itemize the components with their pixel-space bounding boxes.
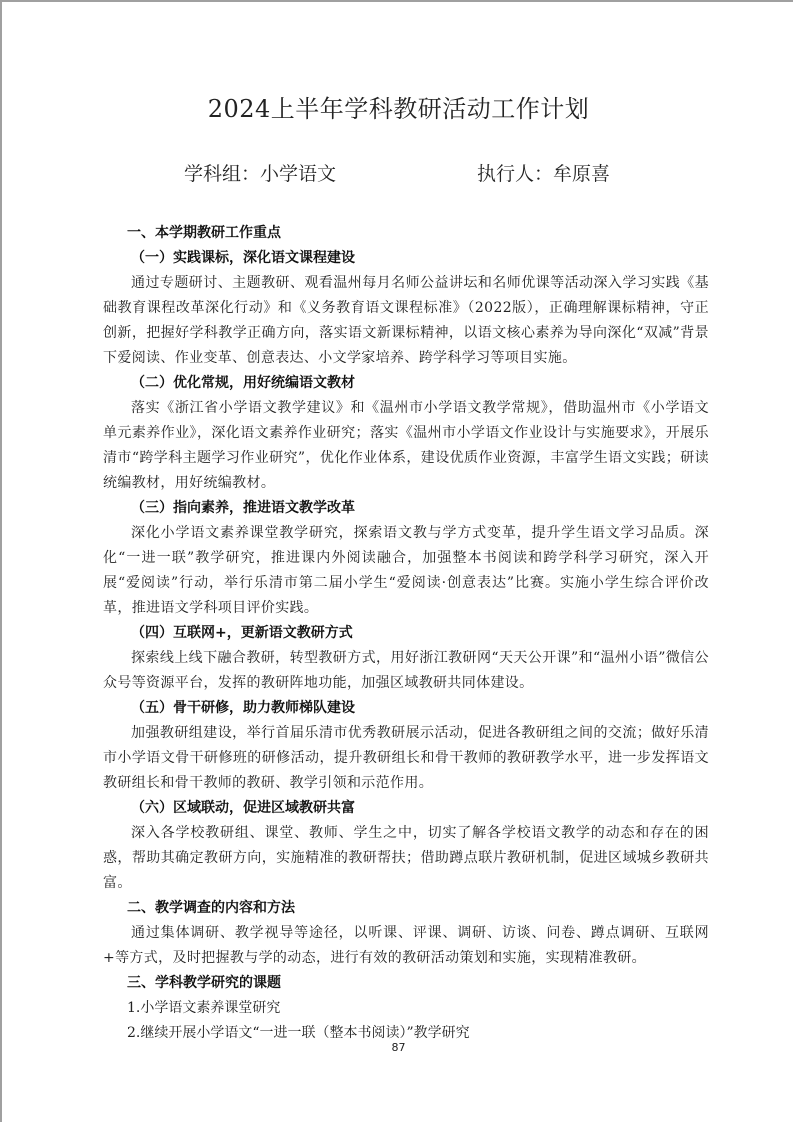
subject-group: 学科组：小学语文	[184, 160, 336, 188]
subsection-paragraph: 落实《浙江省小学语文教学建议》和《温州市小学语文教学常规》，借助温州市《小学语文…	[103, 396, 709, 496]
subsection-paragraph: 探索线上线下融合教研，转型教研方式，用好浙江教研网“天天公开课”和“温州小语”微…	[103, 646, 709, 696]
section-heading-3: 三、学科教学研究的课题	[103, 971, 709, 996]
executor: 执行人：牟原喜	[477, 160, 610, 188]
subsection-heading: （六）区域联动，促进区域教研共富	[103, 796, 709, 821]
subsection-heading: （一）实践课标，深化语文课程建设	[103, 246, 709, 271]
document-meta: 学科组：小学语文 执行人：牟原喜	[2, 160, 793, 188]
document-page: 2024上半年学科教研活动工作计划 学科组：小学语文 执行人：牟原喜 一、本学期…	[2, 2, 793, 1122]
subsection-heading: （四）互联网+，更新语文教研方式	[103, 621, 709, 646]
subsection-heading: （五）骨干研修，助力教师梯队建设	[103, 696, 709, 721]
section-heading-1: 一、本学期教研工作重点	[103, 221, 709, 246]
research-topic-item: 1.小学语文素养课堂研究	[103, 996, 709, 1021]
document-body: 一、本学期教研工作重点 （一）实践课标，深化语文课程建设 通过专题研讨、主题教研…	[103, 221, 709, 1046]
subsection-paragraph: 通过专题研讨、主题教研、观看温州每月名师公益讲坛和名师优课等活动深入学习实践《基…	[103, 271, 709, 371]
document-title: 2024上半年学科教研活动工作计划	[2, 94, 793, 124]
section-paragraph: 通过集体调研、教学视导等途径，以听课、评课、调研、访谈、问卷、蹲点调研、互联网+…	[103, 921, 709, 971]
subsection-heading: （二）优化常规，用好统编语文教材	[103, 371, 709, 396]
subsection-paragraph: 加强教研组建设，举行首届乐清市优秀教研展示活动，促进各教研组之间的交流；做好乐清…	[103, 721, 709, 796]
subsection-heading: （三）指向素养，推进语文教学改革	[103, 496, 709, 521]
subsection-paragraph: 深化小学语文素养课堂教学研究，探索语文教与学方式变革，提升学生语文学习品质。深化…	[103, 521, 709, 621]
section-heading-2: 二、教学调查的内容和方法	[103, 896, 709, 921]
subsection-paragraph: 深入各学校教研组、课堂、教师、学生之中，切实了解各学校语文教学的动态和存在的困惑…	[103, 821, 709, 896]
page-number: 87	[2, 1040, 793, 1056]
